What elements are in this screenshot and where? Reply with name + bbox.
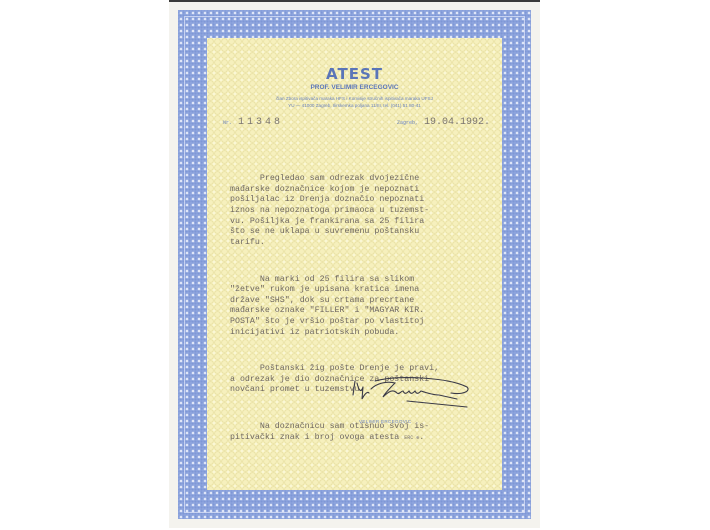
signature-name: VELIMIR ERCEGOVIC xyxy=(359,419,411,424)
issuer-name: PROF. VELIMIR ERCEGOVIC xyxy=(207,84,502,91)
issuer-affiliation: član Zbora ispitivača maraka HFS i Komis… xyxy=(207,96,502,101)
paragraph-text: Na doznačnicu sam otisnuo svoj is- pitiv… xyxy=(230,422,429,442)
certificate-number-value: 11348 xyxy=(238,117,283,128)
paragraph: Pregledao sam odrezak dvojezične mađarsk… xyxy=(230,174,502,248)
certificate-title: ATEST xyxy=(207,65,502,83)
stamp-mark: ERC ⊕ xyxy=(404,435,419,441)
certificate-number: Nr.11348 xyxy=(223,117,283,128)
final-period: . xyxy=(419,433,424,442)
number-label: Nr. xyxy=(223,120,232,126)
place-label: Zagreb, xyxy=(397,120,418,126)
paragraph: Na doznačnicu sam otisnuo svoj is- pitiv… xyxy=(230,422,502,443)
date-value: 19.04.1992. xyxy=(424,117,490,128)
issuer-address: YU — 41000 Zagreb, Ilirskemka poljana 11… xyxy=(207,103,502,108)
certificate-date: Zagreb,19.04.1992. xyxy=(397,117,490,128)
paragraph: Na marki od 25 filira sa slikom "žetve" … xyxy=(230,275,502,339)
signature-icon xyxy=(347,373,477,413)
certificate-panel: ATEST PROF. VELIMIR ERCEGOVIC član Zbora… xyxy=(207,38,502,490)
